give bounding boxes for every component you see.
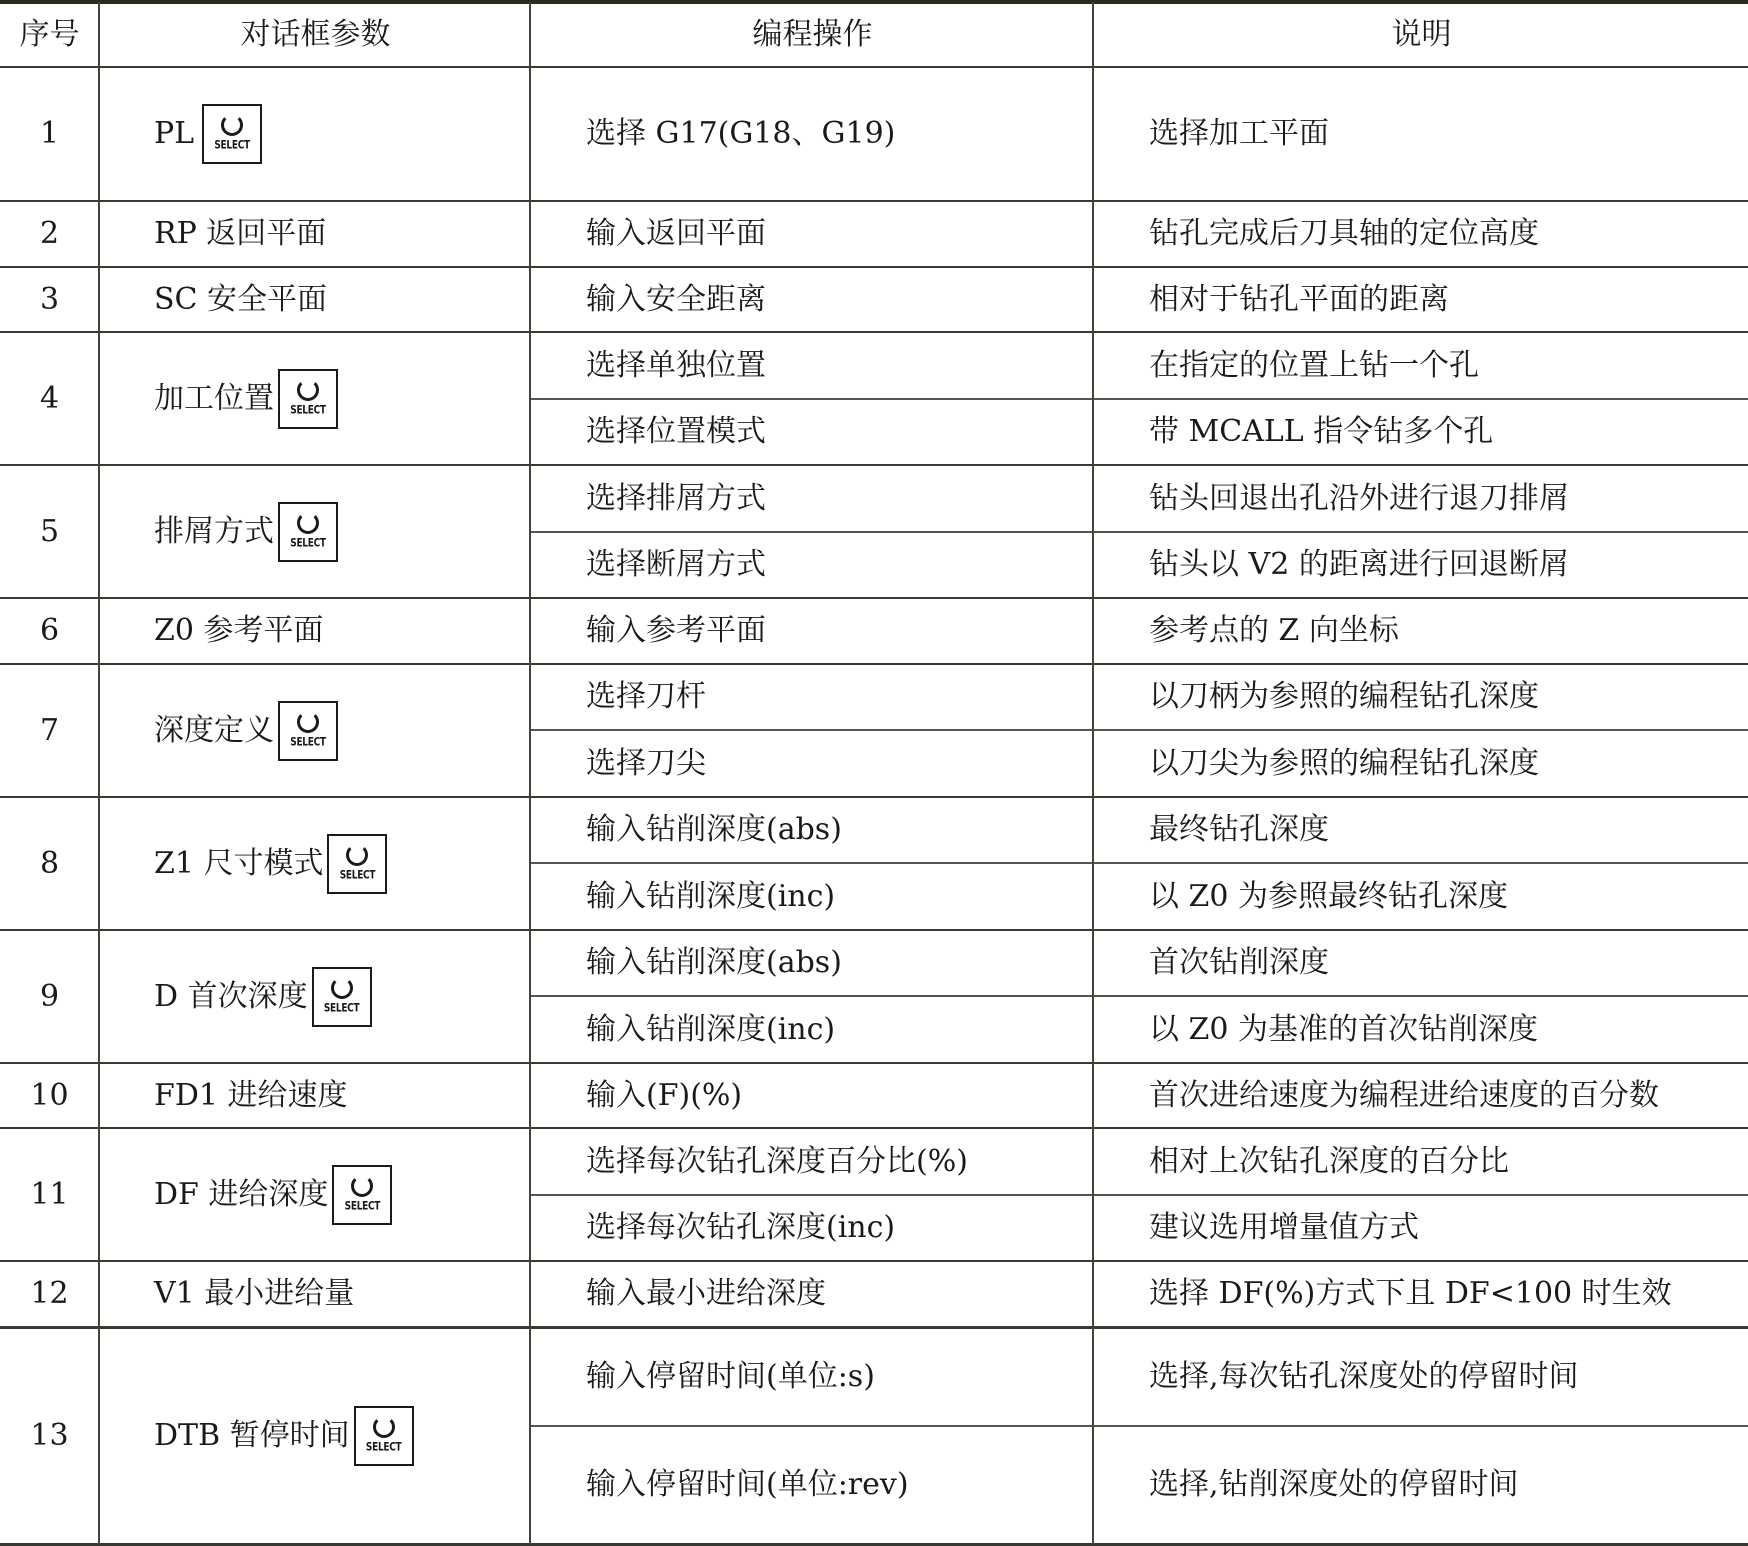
row-2-desc: 钻孔完成后刀具轴的定位高度	[1095, 202, 1748, 266]
row-2-op: 输入返回平面	[532, 202, 1093, 266]
row-13-op-1: 输入停留时间(单位:s)	[532, 1329, 1093, 1425]
row-6-param: Z0 参考平面	[101, 599, 530, 663]
row-3-param: SC 安全平面	[101, 268, 530, 331]
row-2-param: RP 返回平面	[101, 202, 530, 266]
select-ring-icon	[297, 379, 319, 401]
row-12-op: 输入最小进给深度	[532, 1262, 1093, 1326]
row-9-op-1: 输入钻削深度(abs)	[532, 931, 1093, 995]
select-icon: SELECT	[202, 104, 262, 164]
row-11-op-1: 选择每次钻孔深度百分比(%)	[532, 1129, 1093, 1194]
row-9-desc-1: 首次钻削深度	[1095, 931, 1748, 995]
row-13-desc-1: 选择,每次钻孔深度处的停留时间	[1095, 1329, 1748, 1425]
select-icon: SELECT	[312, 967, 372, 1027]
header-description: 说明	[1095, 4, 1748, 66]
row-7-desc-1: 以刀柄为参照的编程钻孔深度	[1095, 665, 1748, 729]
row-13-op-2: 输入停留时间(单位:rev)	[532, 1427, 1093, 1543]
row-11-desc-2: 建议选用增量值方式	[1095, 1196, 1748, 1260]
row-3-op: 输入安全距离	[532, 268, 1093, 331]
param-label: 排屑方式	[154, 517, 274, 547]
parameter-table: 序号 对话框参数 编程操作 说明 1 PL SELECT 选择 G17(G18、…	[0, 0, 1748, 1546]
row-9-desc-2: 以 Z0 为基准的首次钻削深度	[1095, 997, 1748, 1062]
select-ring-icon	[297, 711, 319, 733]
row-4-desc-2: 带 MCALL 指令钻多个孔	[1095, 400, 1748, 464]
row-10-op: 输入(F)(%)	[532, 1064, 1093, 1127]
row-5-op-2: 选择断屑方式	[532, 533, 1093, 597]
select-icon: SELECT	[278, 369, 338, 429]
row-8-param: Z1 尺寸模式 SELECT	[101, 798, 530, 929]
row-12-no: 12	[0, 1262, 99, 1326]
header-programming-op: 编程操作	[532, 4, 1093, 66]
row-9-no: 9	[0, 931, 99, 1062]
row-2-no: 2	[0, 202, 99, 266]
row-10-no: 10	[0, 1064, 99, 1127]
param-label: D 首次深度	[154, 982, 308, 1012]
select-icon: SELECT	[278, 502, 338, 562]
select-ring-icon	[221, 114, 243, 136]
row-4-desc-1: 在指定的位置上钻一个孔	[1095, 333, 1748, 398]
row-9-param: D 首次深度 SELECT	[101, 931, 530, 1062]
row-5-desc-2: 钻头以 V2 的距离进行回退断屑	[1095, 533, 1748, 597]
row-12-desc: 选择 DF(%)方式下且 DF<100 时生效	[1095, 1262, 1748, 1326]
row-7-op-1: 选择刀杆	[532, 665, 1093, 729]
row-11-param: DF 进给深度 SELECT	[101, 1129, 530, 1260]
row-6-op: 输入参考平面	[532, 599, 1093, 663]
select-ring-icon	[346, 844, 368, 866]
row-6-no: 6	[0, 599, 99, 663]
row-8-desc-2: 以 Z0 为参照最终钻孔深度	[1095, 864, 1748, 929]
row-11-no: 11	[0, 1129, 99, 1260]
select-ring-icon	[373, 1416, 395, 1438]
row-3-desc: 相对于钻孔平面的距离	[1095, 268, 1748, 331]
row-7-op-2: 选择刀尖	[532, 731, 1093, 796]
row-4-op-2: 选择位置模式	[532, 400, 1093, 464]
param-label: DF 进给深度	[154, 1180, 328, 1210]
param-label: DTB 暂停时间	[154, 1421, 350, 1451]
param-label: Z1 尺寸模式	[154, 849, 323, 879]
select-icon: SELECT	[332, 1165, 392, 1225]
row-1-no: 1	[0, 68, 99, 200]
row-11-op-2: 选择每次钻孔深度(inc)	[532, 1196, 1093, 1260]
row-7-no: 7	[0, 665, 99, 796]
select-ring-icon	[331, 977, 353, 999]
row-8-op-2: 输入钻削深度(inc)	[532, 864, 1093, 929]
row-8-desc-1: 最终钻孔深度	[1095, 798, 1748, 862]
header-dialog-param: 对话框参数	[101, 4, 530, 66]
row-1-desc: 选择加工平面	[1095, 68, 1748, 200]
row-13-desc-2: 选择,钻削深度处的停留时间	[1095, 1427, 1748, 1543]
row-5-desc-1: 钻头回退出孔沿外进行退刀排屑	[1095, 466, 1748, 531]
row-9-op-2: 输入钻削深度(inc)	[532, 997, 1093, 1062]
header-no: 序号	[0, 4, 99, 66]
row-10-desc: 首次进给速度为编程进给速度的百分数	[1095, 1064, 1748, 1127]
row-4-op-1: 选择单独位置	[532, 333, 1093, 398]
select-icon: SELECT	[278, 701, 338, 761]
row-1-param: PL SELECT	[101, 68, 530, 200]
row-12-param: V1 最小进给量	[101, 1262, 530, 1326]
row-11-desc-1: 相对上次钻孔深度的百分比	[1095, 1129, 1748, 1194]
row-13-no: 13	[0, 1329, 99, 1543]
param-label: 深度定义	[154, 716, 274, 746]
row-13-param: DTB 暂停时间 SELECT	[101, 1329, 530, 1543]
row-3-no: 3	[0, 268, 99, 331]
select-ring-icon	[297, 512, 319, 534]
row-5-param: 排屑方式 SELECT	[101, 466, 530, 597]
row-1-op: 选择 G17(G18、G19)	[532, 68, 1093, 200]
row-8-no: 8	[0, 798, 99, 929]
row-4-no: 4	[0, 333, 99, 464]
row-6-desc: 参考点的 Z 向坐标	[1095, 599, 1748, 663]
row-7-param: 深度定义 SELECT	[101, 665, 530, 796]
param-label: 加工位置	[154, 384, 274, 414]
select-icon: SELECT	[354, 1406, 414, 1466]
row-8-op-1: 输入钻削深度(abs)	[532, 798, 1093, 862]
param-label: PL	[154, 119, 194, 149]
row-5-no: 5	[0, 466, 99, 597]
row-5-op-1: 选择排屑方式	[532, 466, 1093, 531]
row-10-param: FD1 进给速度	[101, 1064, 530, 1127]
row-4-param: 加工位置 SELECT	[101, 333, 530, 464]
select-ring-icon	[351, 1175, 373, 1197]
row-7-desc-2: 以刀尖为参照的编程钻孔深度	[1095, 731, 1748, 796]
select-icon: SELECT	[327, 834, 387, 894]
